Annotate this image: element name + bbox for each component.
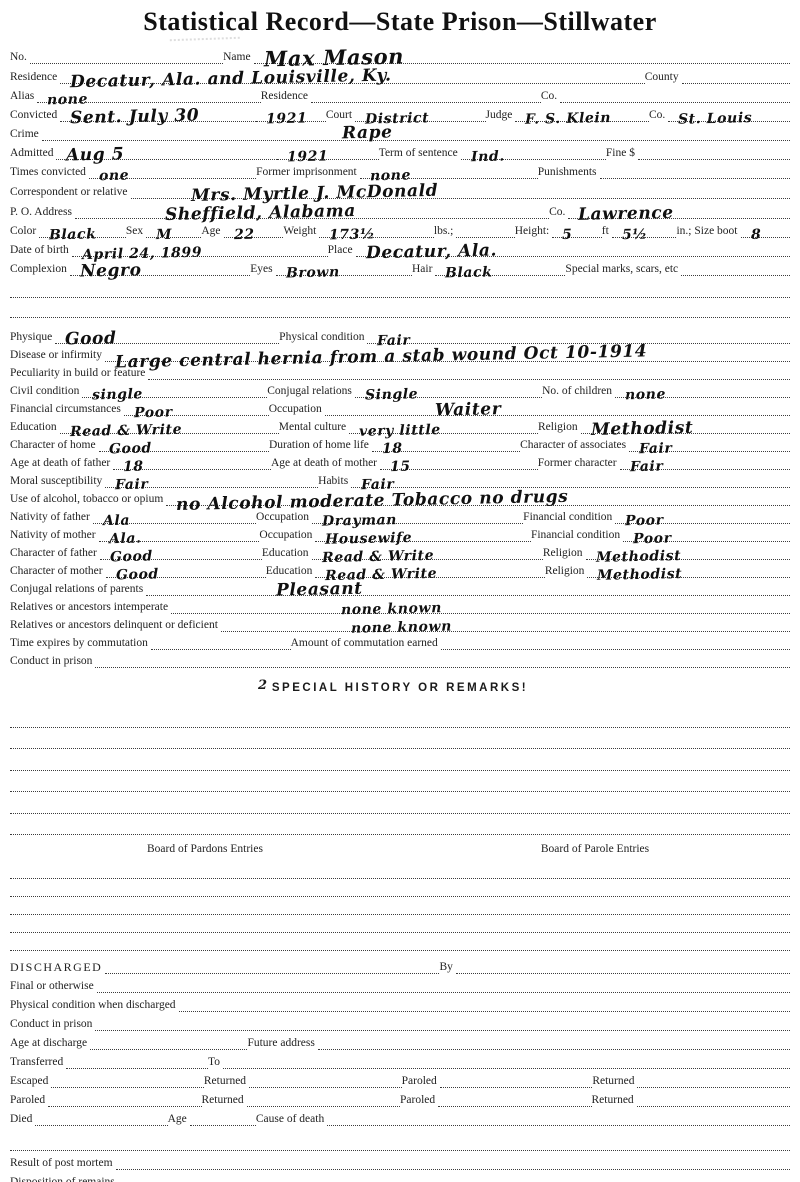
form-row: Disposition of remains	[10, 1170, 790, 1182]
physique-label: Physique	[10, 332, 55, 345]
residence-handwritten-value: Decatur, Ala. and Louisville, Ky.	[60, 70, 392, 90]
character-associates-handwritten-value: Fair	[629, 443, 673, 454]
returned-4-entry	[637, 1087, 790, 1107]
form-row	[10, 814, 790, 836]
form-row: ParoledReturnedParoledReturned	[10, 1088, 790, 1107]
returned-3-entry	[247, 1087, 400, 1107]
admitted-year-handwritten-value: 1921	[277, 151, 329, 163]
remarks-line-entry	[10, 813, 790, 836]
form-row: Date of birthApril 24, 1899PlaceDecatur,…	[10, 238, 790, 257]
scanned-prison-record-page: { "title": "Statistical Record—State Pri…	[0, 0, 800, 1182]
board-of-pardons-heading: Board of Pardons Entries	[10, 843, 400, 855]
conjugal-parents-handwritten-value: Pleasant	[146, 583, 363, 600]
disease-label: Disease or infirmity	[10, 350, 105, 363]
relatives-intemperate-label: Relatives or ancestors intemperate	[10, 602, 171, 615]
number-label: No.	[10, 52, 30, 65]
special-marks-entry	[681, 256, 790, 276]
board-of-parole-heading: Board of Parole Entries	[400, 843, 790, 855]
judge-handwritten-value: F. S. Klein	[515, 112, 611, 125]
height-ft-handwritten-value: 5	[552, 229, 573, 240]
form-row: DiedAgeCause of death	[10, 1107, 790, 1126]
correspondent-entry: Mrs. Myrtle J. McDonald	[131, 178, 790, 199]
size-boot-handwritten-value: 8	[740, 229, 761, 240]
convicted-year-handwritten-value: 1921	[256, 113, 308, 125]
admitted-year-entry: 1921	[277, 140, 379, 160]
form-row	[10, 915, 790, 933]
form-row: Civil conditionsingleConjugal relationsS…	[10, 380, 790, 398]
page-title: Statistical Record—State Prison—Stillwat…	[10, 7, 790, 37]
form-row	[10, 728, 790, 750]
cause-of-death-label: Cause of death	[256, 1114, 327, 1127]
age-at-discharge-entry	[90, 1030, 247, 1050]
occupation-mother-handwritten-value: Housewife	[315, 532, 412, 545]
form-row: Times convictedoneFormer imprisonmentnon…	[10, 160, 790, 179]
po-address-handwritten-value: Sheffield, Alabama	[75, 205, 356, 224]
nativity-mother-label: Nativity of mother	[10, 530, 99, 543]
returned-2-entry	[637, 1068, 790, 1088]
financial-father-label: Financial condition	[523, 512, 615, 525]
former-imprisonment-handwritten-value: none	[360, 170, 411, 182]
times-convicted-label: Times convicted	[10, 167, 89, 180]
form-row: Conduct in prison	[10, 650, 790, 668]
form-row	[10, 792, 790, 814]
religion-father-label: Religion	[543, 548, 586, 561]
commutation-earned-entry	[441, 631, 790, 650]
religion-label: Religion	[538, 422, 581, 435]
transferred-to-entry	[223, 1049, 790, 1069]
died-label: Died	[10, 1114, 35, 1127]
county-entry	[682, 63, 790, 84]
remarks-line-entry	[10, 791, 790, 814]
form-row: Physical condition when discharged	[10, 993, 790, 1012]
conduct-in-prison-label: Conduct in prison	[10, 656, 95, 669]
character-mother-handwritten-value: Good	[106, 569, 159, 581]
height-in-handwritten-value: 5½	[612, 229, 648, 240]
birth-place-entry: Decatur, Ala.	[356, 237, 790, 257]
form-row	[10, 298, 790, 318]
color-label: Color	[10, 226, 39, 239]
children-handwritten-value: none	[615, 389, 666, 401]
sex-handwritten-value: M	[146, 229, 172, 240]
financial-father-handwritten-value: Poor	[615, 515, 664, 527]
court-entry: District	[355, 102, 485, 122]
blank-line-entry	[10, 1131, 790, 1151]
form-row: Result of post mortem	[10, 1151, 790, 1170]
nativity-father-label: Nativity of father	[10, 512, 93, 525]
birth-place-handwritten-value: Decatur, Ala.	[355, 245, 496, 261]
character-of-home-label: Character of home	[10, 440, 99, 453]
paroled-1-label: Paroled	[402, 1076, 440, 1089]
transferred-to-label: To	[208, 1057, 223, 1070]
special-history-note: 2	[258, 678, 267, 693]
age-death-father-handwritten-value: 18	[113, 461, 144, 472]
age-death-mother-entry: 15	[380, 451, 538, 470]
form-row: Conduct in prison	[10, 1012, 790, 1031]
lbs-entry	[456, 218, 514, 238]
nativity-mother-handwritten-value: Ala.	[98, 533, 141, 544]
alias-label: Alias	[10, 91, 37, 104]
physique-entry: Good	[55, 325, 279, 344]
form-rows: No.NameMax MasonResidenceDecatur, Ala. a…	[10, 45, 790, 1182]
form-row: ConvictedSent. July 301921CourtDistrictJ…	[10, 103, 790, 122]
remarks-line-entry	[10, 705, 790, 728]
remarks-line-entry	[10, 727, 790, 750]
civil-condition-label: Civil condition	[10, 386, 82, 399]
conduct-in-prison-2-label: Conduct in prison	[10, 1019, 95, 1032]
conduct-in-prison-entry	[95, 649, 790, 668]
co2-entry	[560, 83, 790, 103]
date-of-birth-entry: April 24, 1899	[72, 237, 328, 257]
religion-handwritten-value: Methodist	[581, 422, 694, 437]
judge-co-entry: St. Louis	[668, 102, 790, 122]
statistical-record-form: Statistical Record—State Prison—Stillwat…	[0, 0, 800, 1182]
mental-culture-label: Mental culture	[279, 422, 349, 435]
po-co-entry: Lawrence	[568, 198, 790, 219]
form-row: No.NameMax Mason	[10, 45, 790, 64]
board-headers: Board of Pardons EntriesBoard of Parole …	[10, 843, 790, 855]
duration-home-life-label: Duration of home life	[269, 440, 372, 453]
form-row: PhysiqueGoodPhysical conditionFair	[10, 326, 790, 344]
financial-mother-handwritten-value: Poor	[623, 533, 672, 545]
conjugal-parents-label: Conjugal relations of parents	[10, 584, 146, 597]
financial-father-entry: Poor	[615, 505, 790, 524]
character-father-handwritten-value: Good	[100, 551, 153, 563]
discharged-entry	[105, 954, 439, 974]
post-mortem-label: Result of post mortem	[10, 1158, 116, 1171]
returned-1-entry	[249, 1068, 402, 1088]
eyes-handwritten-value: Brown	[276, 267, 340, 279]
spacer	[10, 835, 790, 843]
future-address-entry	[318, 1030, 790, 1050]
moral-susceptibility-handwritten-value: Fair	[105, 479, 149, 490]
form-row	[10, 706, 790, 728]
mental-culture-handwritten-value: very little	[349, 425, 441, 437]
residence-entry: Decatur, Ala. and Louisville, Ky.	[60, 63, 644, 84]
admitted-label: Admitted	[10, 148, 56, 161]
duration-home-life-handwritten-value: 18	[372, 443, 403, 454]
age-death-mother-handwritten-value: 15	[380, 461, 411, 472]
size-boot-entry: 8	[741, 218, 791, 238]
death-age-label: Age	[168, 1114, 190, 1127]
term-of-sentence-entry: Ind.	[461, 140, 606, 160]
discharged-label: DISCHARGED	[10, 961, 105, 974]
board-line-entry	[10, 896, 790, 915]
form-row	[10, 861, 790, 879]
occupation-mother-label: Occupation	[259, 530, 315, 543]
character-father-label: Character of father	[10, 548, 100, 561]
disposition-remains-entry	[118, 1169, 790, 1182]
alcohol-tobacco-opium-entry: no Alcohol moderate Tobacco no drugs	[166, 487, 790, 506]
transferred-entry	[66, 1049, 208, 1069]
religion-father-entry: Methodist	[586, 541, 790, 560]
final-or-otherwise-label: Final or otherwise	[10, 981, 97, 994]
civil-condition-handwritten-value: single	[82, 389, 143, 401]
occupation-father-label: Occupation	[256, 512, 312, 525]
escaped-label: Escaped	[10, 1076, 51, 1089]
form-row	[10, 879, 790, 897]
education-label: Education	[10, 422, 60, 435]
character-mother-label: Character of mother	[10, 566, 106, 579]
final-or-otherwise-entry	[97, 973, 790, 993]
physique-handwritten-value: Good	[55, 333, 117, 347]
convicted-year-entry: 1921	[256, 102, 326, 122]
education-father-handwritten-value: Read & Write	[311, 550, 433, 563]
spacer	[10, 668, 790, 682]
weight-handwritten-value: 173½	[319, 229, 375, 241]
condition-when-discharged-entry	[179, 992, 790, 1012]
financial-circumstances-entry: Poor	[124, 397, 269, 416]
blank-line-entry	[10, 297, 790, 318]
form-row	[10, 1132, 790, 1151]
form-row	[10, 897, 790, 915]
relatives-delinquent-handwritten-value: none known	[221, 621, 452, 636]
disease-entry: Large central hernia from a stab wound O…	[105, 343, 790, 362]
form-row	[10, 749, 790, 771]
moral-susceptibility-label: Moral susceptibility	[10, 476, 105, 489]
nativity-father-handwritten-value: Ala	[93, 515, 130, 526]
civil-condition-entry: single	[82, 379, 267, 398]
form-row: Disease or infirmityLarge central hernia…	[10, 344, 790, 362]
admitted-handwritten-value: Aug 5	[56, 149, 124, 163]
conduct-in-prison-2-entry	[95, 1011, 790, 1031]
occupation-father-handwritten-value: Drayman	[312, 515, 397, 527]
punishments-entry	[600, 159, 790, 179]
color-handwritten-value: Black	[39, 229, 97, 241]
form-row: Relatives or ancestors intemperatenone k…	[10, 596, 790, 614]
faint-stamp-mark	[170, 37, 240, 53]
relatives-intemperate-entry: none known	[171, 595, 790, 614]
physical-condition-entry: Fair	[367, 325, 790, 344]
date-of-birth-handwritten-value: April 24, 1899	[72, 247, 202, 260]
returned-1-label: Returned	[204, 1076, 249, 1089]
special-history-heading-text: SPECIAL HISTORY OR REMARKS!	[272, 682, 528, 694]
education-father-label: Education	[262, 548, 312, 561]
crime-label: Crime	[10, 129, 42, 142]
form-row: EscapedReturnedParoledReturned	[10, 1069, 790, 1088]
form-row: Age at dischargeFuture address	[10, 1031, 790, 1050]
religion-entry: Methodist	[581, 415, 790, 434]
judge-co-handwritten-value: St. Louis	[668, 113, 752, 125]
remarks-line-entry	[10, 770, 790, 793]
board-line-entry	[10, 878, 790, 897]
paroled-2-entry	[48, 1087, 201, 1107]
conjugal-relations-handwritten-value: Single	[355, 389, 418, 401]
form-row: TransferredTo	[10, 1050, 790, 1069]
children-entry: none	[615, 379, 790, 398]
judge-entry: F. S. Klein	[515, 102, 649, 122]
form-row	[10, 771, 790, 793]
relatives-intemperate-handwritten-value: none known	[171, 603, 442, 619]
education-handwritten-value: Read & Write	[60, 424, 182, 437]
convicted-handwritten-value: Sent. July 30	[60, 110, 200, 126]
age-handwritten-value: 22	[223, 229, 254, 240]
died-entry	[35, 1106, 167, 1126]
returned-2-label: Returned	[592, 1076, 637, 1089]
financial-circumstances-handwritten-value: Poor	[124, 407, 173, 419]
hair-handwritten-value: Black	[435, 267, 493, 279]
name-entry: Max Mason	[254, 44, 790, 64]
religion-mother-handwritten-value: Methodist	[587, 569, 682, 581]
character-of-home-handwritten-value: Good	[98, 443, 151, 455]
former-character-handwritten-value: Fair	[620, 461, 664, 472]
former-imprisonment-entry: none	[360, 159, 538, 179]
form-row: DISCHARGEDBy	[10, 955, 790, 974]
form-row: Final or otherwise	[10, 974, 790, 993]
fine-entry	[638, 140, 790, 160]
conjugal-parents-entry: Pleasant	[146, 577, 790, 596]
complexion-handwritten-value: Negro	[70, 265, 142, 279]
correspondent-handwritten-value: Mrs. Myrtle J. McDonald	[130, 185, 437, 204]
religion-father-handwritten-value: Methodist	[585, 551, 680, 563]
board-line-entry	[10, 860, 790, 879]
date-of-birth-label: Date of birth	[10, 245, 72, 258]
alias-handwritten-value: none	[37, 94, 88, 106]
age-death-father-label: Age at death of father	[10, 458, 113, 471]
remarks-line-entry	[10, 748, 790, 771]
escaped-entry	[51, 1068, 204, 1088]
board-line-entry	[10, 914, 790, 933]
physical-condition-handwritten-value: Fair	[367, 335, 411, 346]
post-mortem-entry	[116, 1150, 790, 1170]
paroled-1-entry	[440, 1068, 593, 1088]
paroled-3-entry	[438, 1087, 591, 1107]
conjugal-relations-entry: Single	[355, 379, 542, 398]
occupation-handwritten-value: Waiter	[325, 403, 502, 419]
cause-of-death-entry	[327, 1106, 790, 1126]
habits-handwritten-value: Fair	[351, 479, 395, 490]
discharged-by-entry	[456, 954, 790, 974]
term-of-sentence-handwritten-value: Ind.	[461, 151, 505, 162]
convicted-entry: Sent. July 30	[60, 102, 255, 122]
po-co-handwritten-value: Lawrence	[568, 207, 674, 222]
board-line-entry	[10, 932, 790, 951]
form-row: P. O. AddressSheffield, AlabamaCo.Lawren…	[10, 199, 790, 219]
disposition-remains-label: Disposition of remains	[10, 1177, 118, 1182]
times-convicted-handwritten-value: one	[89, 170, 129, 181]
special-history-heading: 2SPECIAL HISTORY OR REMARKS!	[10, 682, 790, 694]
death-age-entry	[190, 1106, 256, 1126]
form-row	[10, 933, 790, 951]
habits-entry: Fair	[351, 469, 790, 488]
